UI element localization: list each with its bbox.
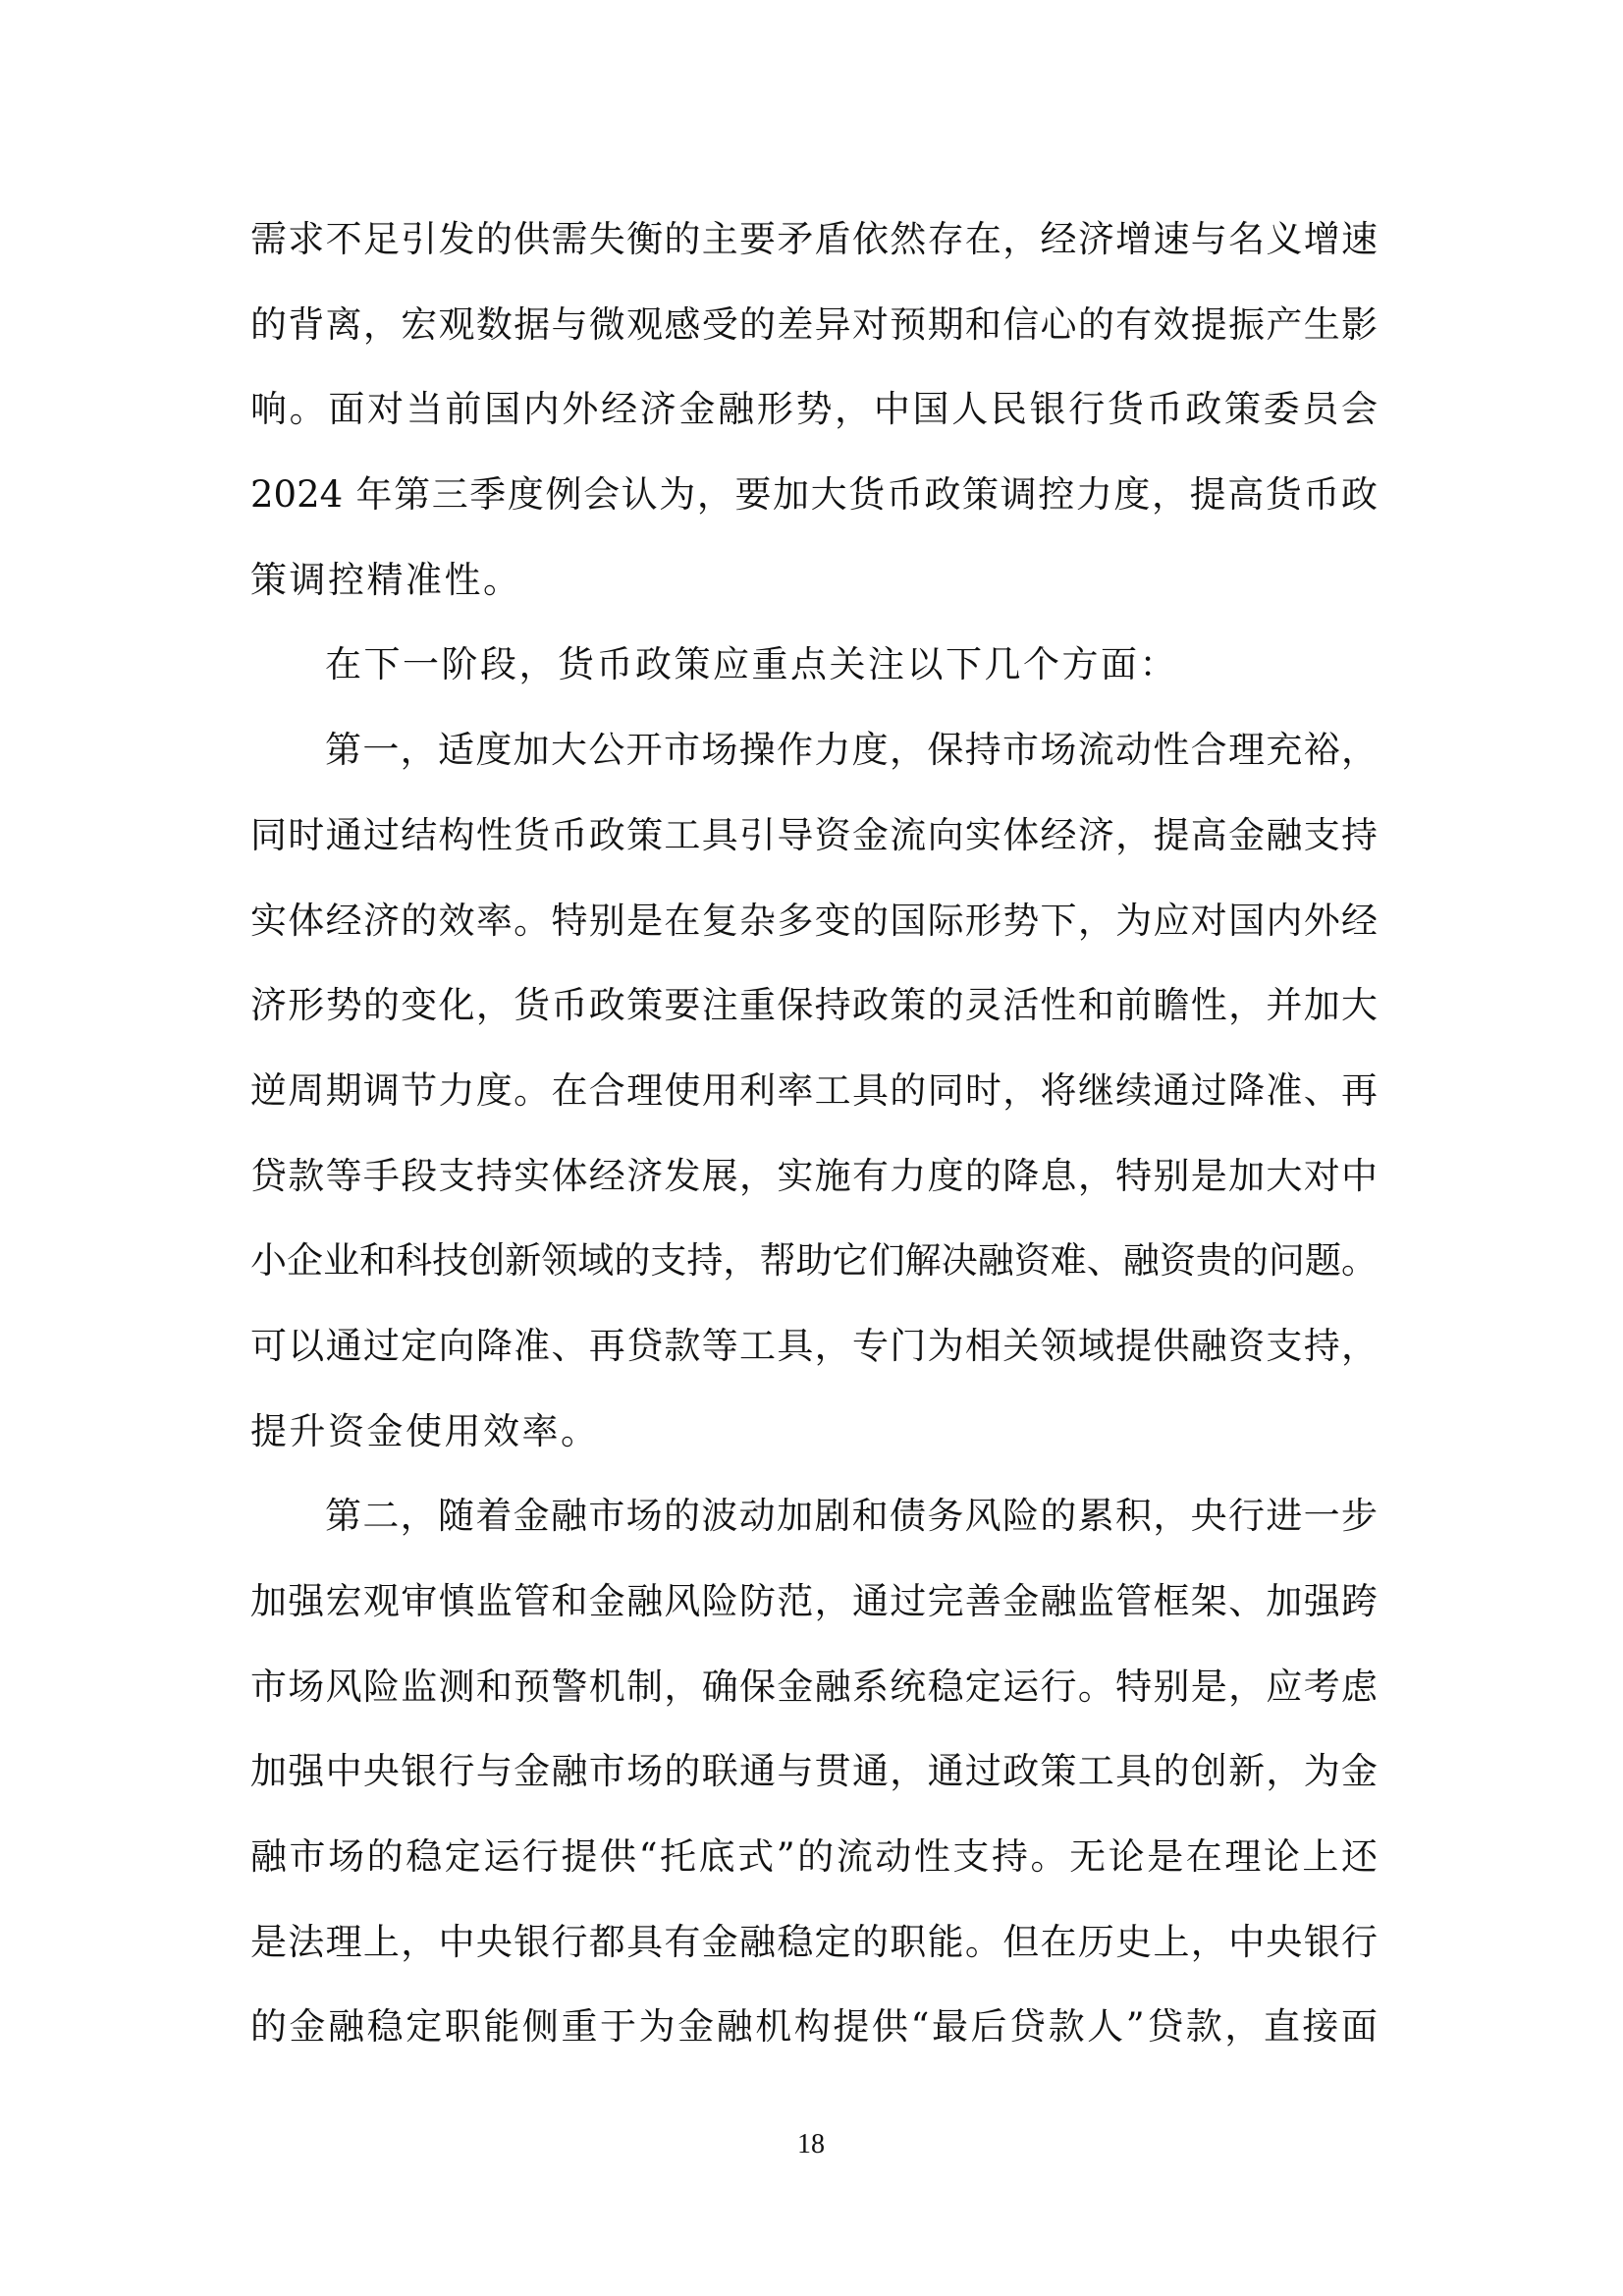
text-line: 济形势的变化，货币政策要注重保持政策的灵活性和前瞻性，并加大 [250,963,1378,1049]
text-line: 的背离，宏观数据与微观感受的差异对预期和信心的有效提振产生影 [250,283,1378,368]
text-line: 的金融稳定职能侧重于为金融机构提供“最后贷款人”贷款，直接面 [250,1985,1378,2070]
text-line: 可以通过定向降准、再贷款等工具，专门为相关领域提供融资支持， [250,1304,1378,1390]
text-line: 实体经济的效率。特别是在复杂多变的国际形势下，为应对国内外经 [250,879,1378,964]
text-line: 小企业和科技创新领域的支持，帮助它们解决融资难、融资贵的问题。 [250,1219,1378,1304]
text-line: 在下一阶段，货币政策应重点关注以下几个方面： [250,623,1378,708]
text-line: 加强中央银行与金融市场的联通与贯通，通过政策工具的创新，为金 [250,1729,1378,1815]
text-line: 是法理上，中央银行都具有金融稳定的职能。但在历史上，中央银行 [250,1900,1378,1986]
page-number: 18 [762,2129,860,2160]
text-line: 需求不足引发的供需失衡的主要矛盾依然存在，经济增速与名义增速 [250,197,1378,283]
text-line: 第一，适度加大公开市场操作力度，保持市场流动性合理充裕， [250,708,1378,793]
text-line: 贷款等手段支持实体经济发展，实施有力度的降息，特别是加大对中 [250,1134,1378,1220]
text-line: 市场风险监测和预警机制，确保金融系统稳定运行。特别是，应考虑 [250,1645,1378,1730]
text-line: 策调控精准性。 [250,538,1378,624]
body-text: 需求不足引发的供需失衡的主要矛盾依然存在，经济增速与名义增速 的背离，宏观数据与… [250,197,1378,2070]
text-line: 逆周期调节力度。在合理使用利率工具的同时，将继续通过降准、再 [250,1049,1378,1134]
text-line: 融市场的稳定运行提供“托底式”的流动性支持。无论是在理论上还 [250,1815,1378,1900]
text-line: 提升资金使用效率。 [250,1390,1378,1475]
text-line: 第二，随着金融市场的波动加剧和债务风险的累积，央行进一步 [250,1474,1378,1559]
text-line: 2024 年第三季度例会认为，要加大货币政策调控力度，提高货币政 [250,453,1378,538]
text-line: 加强宏观审慎监管和金融风险防范，通过完善金融监管框架、加强跨 [250,1559,1378,1645]
text-line: 同时通过结构性货币政策工具引导资金流向实体经济，提高金融支持 [250,793,1378,879]
text-line: 响。面对当前国内外经济金融形势，中国人民银行货币政策委员会 [250,367,1378,453]
document-page: 需求不足引发的供需失衡的主要矛盾依然存在，经济增速与名义增速 的背离，宏观数据与… [0,0,1623,2296]
